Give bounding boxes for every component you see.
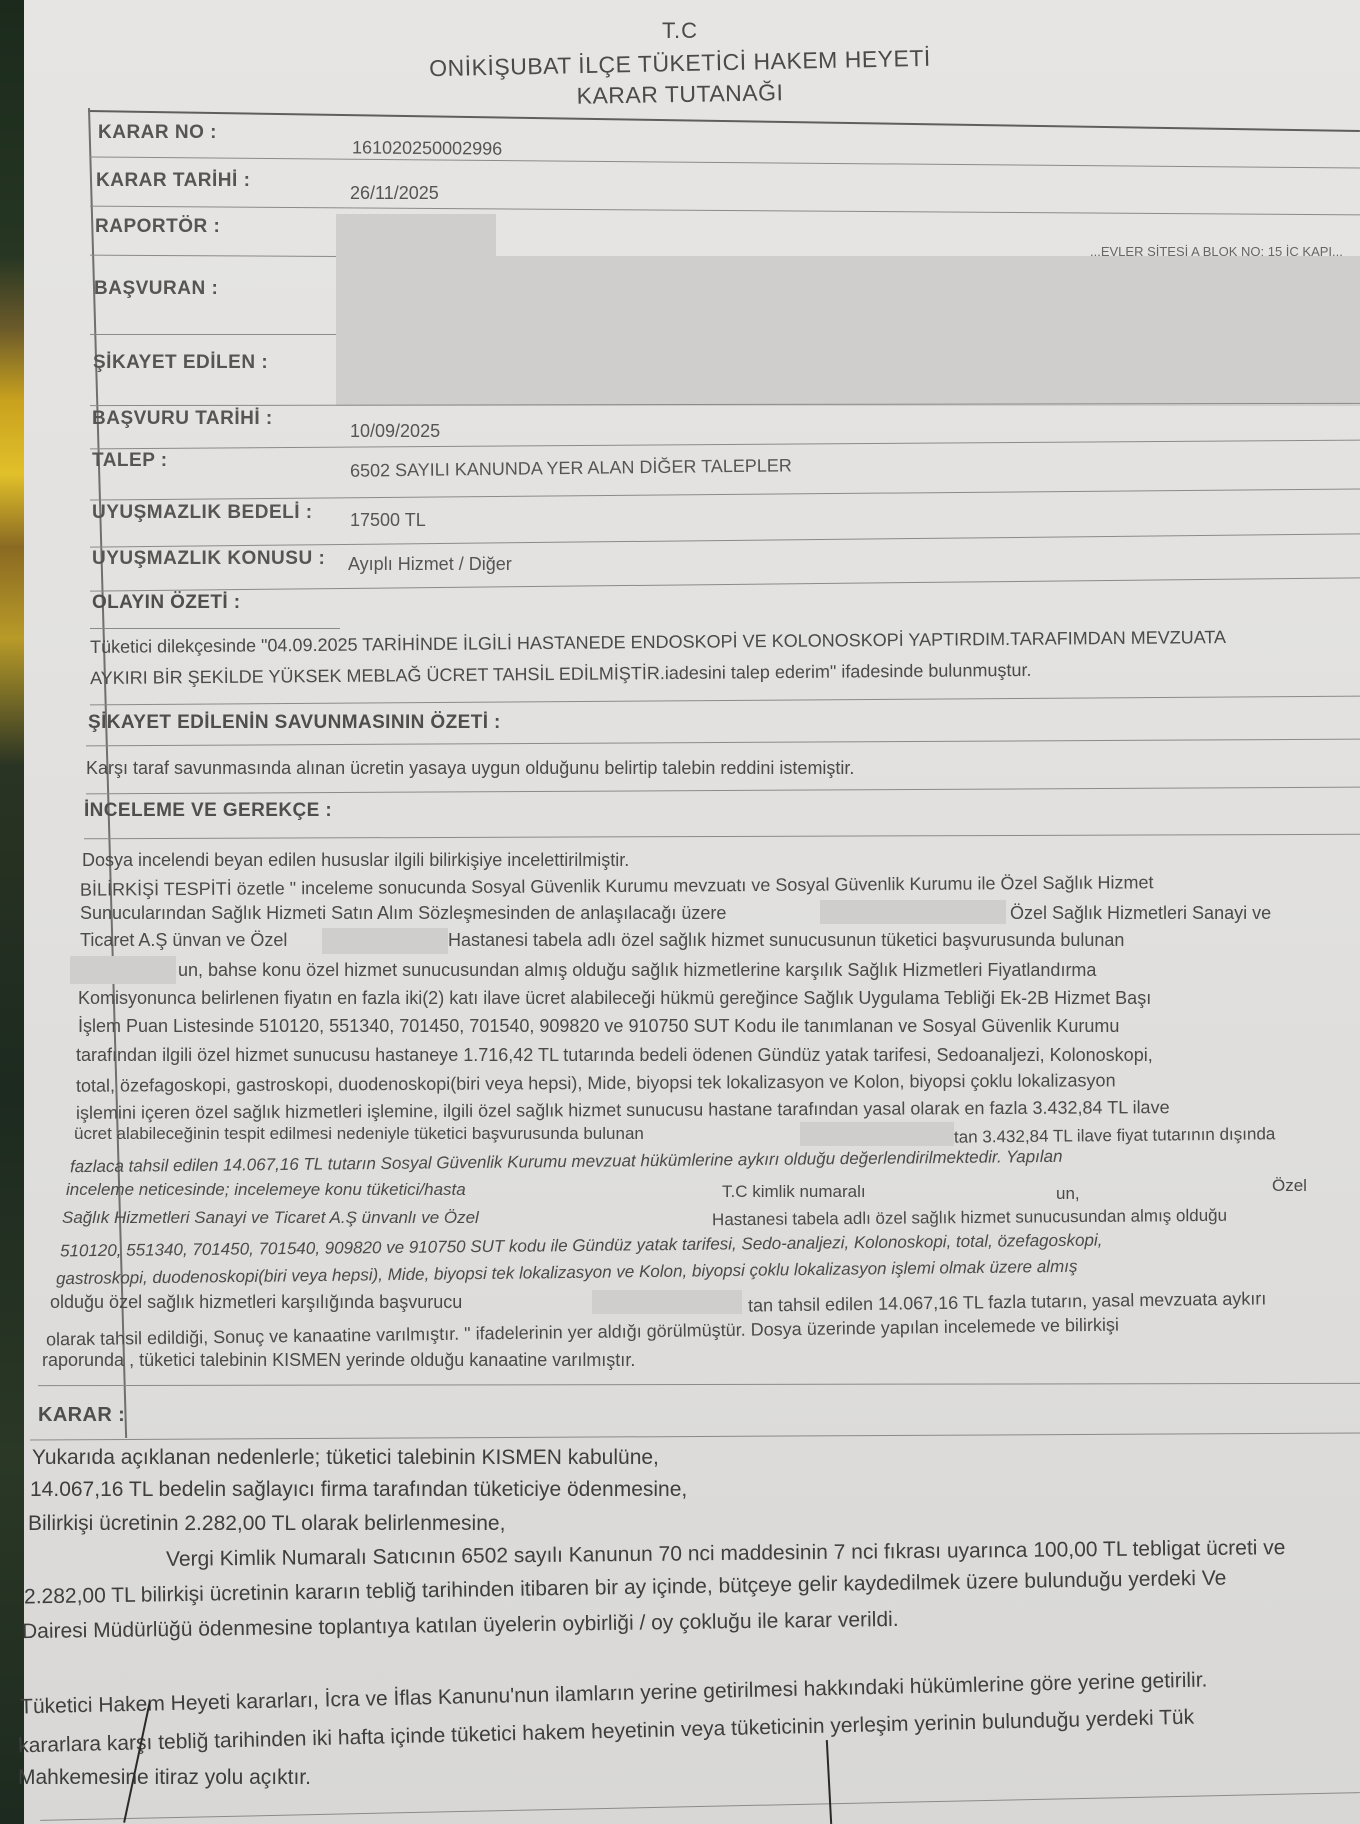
inceleme-line: Hastanesi tabela adlı özel sağlık hizmet… <box>448 930 1124 951</box>
karar-line: Yukarıda açıklanan nedenlerle; tüketici … <box>32 1446 659 1470</box>
raportor-label: RAPORTÖR : <box>95 216 220 238</box>
basvuru-tarihi-value: 10/09/2025 <box>350 421 440 442</box>
karar-label: KARAR : <box>38 1404 125 1427</box>
inceleme-line: un, bahse konu özel hizmet sunucusundan … <box>178 960 1096 981</box>
inceleme-line: Sunucularından Sağlık Hizmeti Satın Alım… <box>80 903 726 924</box>
karar-no-value: 16102025000299​6 <box>352 137 502 159</box>
uyusmazlik-konusu-value: Ayıplı Hizmet / Diğer <box>348 554 512 575</box>
inceleme-line: inceleme neticesinde; incelemeye konu tü… <box>66 1180 466 1200</box>
karar-no-label: KARAR NO : <box>98 122 217 144</box>
inceleme-line: un, <box>1056 1184 1080 1204</box>
savunma-text: Karşı taraf savunmasında alınan ücretin … <box>86 758 854 779</box>
inceleme-line: Dosya incelendi beyan edilen hususlar il… <box>82 850 629 871</box>
redacted-name <box>592 1290 742 1314</box>
inceleme-line: Komisyonunca belirlenen fiyatın en fazla… <box>78 988 1151 1009</box>
document-title: KARAR TUTANAĞI <box>400 76 960 113</box>
redacted-name <box>800 1122 954 1146</box>
document-header: T.C ONİKİŞUBAT İLÇE TÜKETİCİ HAKEM HEYET… <box>400 18 960 108</box>
inceleme-line: raporunda , tüketici talebinin KISMEN ye… <box>42 1350 635 1371</box>
inceleme-line: tan 3.432,84 TL ilave fiyat tutarının dı… <box>954 1124 1276 1147</box>
raportor-redacted <box>336 214 496 258</box>
inceleme-line: olduğu özel sağlık hizmetleri karşılığın… <box>50 1292 462 1313</box>
uyusmazlik-bedeli-value: 17500 TL <box>350 510 426 531</box>
talep-label: TALEP : <box>92 450 168 472</box>
inceleme-line: ücret alabileceğinin tespit edilmesi ned… <box>74 1124 644 1144</box>
uyusmazlik-bedeli-label: UYUŞMAZLIK BEDELİ : <box>92 502 313 524</box>
inceleme-line: Sağlık Hizmetleri Sanayi ve Ticaret A.Ş … <box>62 1208 479 1228</box>
inceleme-line: İşlem Puan Listesinde 510120, 551340, 70… <box>78 1016 1119 1037</box>
notice-line: Mahkemesine itiraz yolu açıktır. <box>18 1766 311 1790</box>
olayin-ozeti-label: OLAYIN ÖZETİ : <box>92 592 240 614</box>
inceleme-label: İNCELEME VE GEREKÇE : <box>84 800 332 822</box>
karar-line: 14.067,16 TL bedelin sağlayıcı firma tar… <box>30 1478 687 1502</box>
inceleme-line: Özel Sağlık Hizmetleri Sanayi ve <box>1010 903 1271 924</box>
uyusmazlik-konusu-label: UYUŞMAZLIK KONUSU : <box>92 548 325 570</box>
basvuran-label: BAŞVURAN : <box>94 278 218 300</box>
inceleme-line: Ticaret A.Ş ünvan ve Özel <box>80 930 287 951</box>
header-tc: T.C <box>400 18 960 44</box>
basvuran-redacted <box>336 256 1360 406</box>
karar-tarihi-label: KARAR TARİHİ : <box>96 170 250 192</box>
redacted-name <box>70 956 176 984</box>
karar-line: Bilirkişi ücretinin 2.282,00 TL olarak b… <box>28 1512 505 1536</box>
divider <box>90 628 340 629</box>
redacted-hospital <box>322 928 448 954</box>
sikayet-edilen-label: ŞİKAYET EDİLEN : <box>93 352 268 374</box>
background-fabric <box>0 0 26 1824</box>
inceleme-line: Özel <box>1272 1176 1307 1196</box>
basvuru-tarihi-label: BAŞVURU TARİHİ : <box>92 408 273 430</box>
savunma-label: ŞİKAYET EDİLENİN SAVUNMASININ ÖZETİ : <box>88 712 501 734</box>
redacted-name <box>820 900 1006 924</box>
inceleme-line: tarafından ilgili özel hizmet sunucusu h… <box>76 1045 1153 1066</box>
divider <box>90 334 336 335</box>
karar-tarihi-value: 26/11/2025 <box>350 183 439 204</box>
inceleme-line: T.C kimlik numaralı <box>722 1182 866 1202</box>
